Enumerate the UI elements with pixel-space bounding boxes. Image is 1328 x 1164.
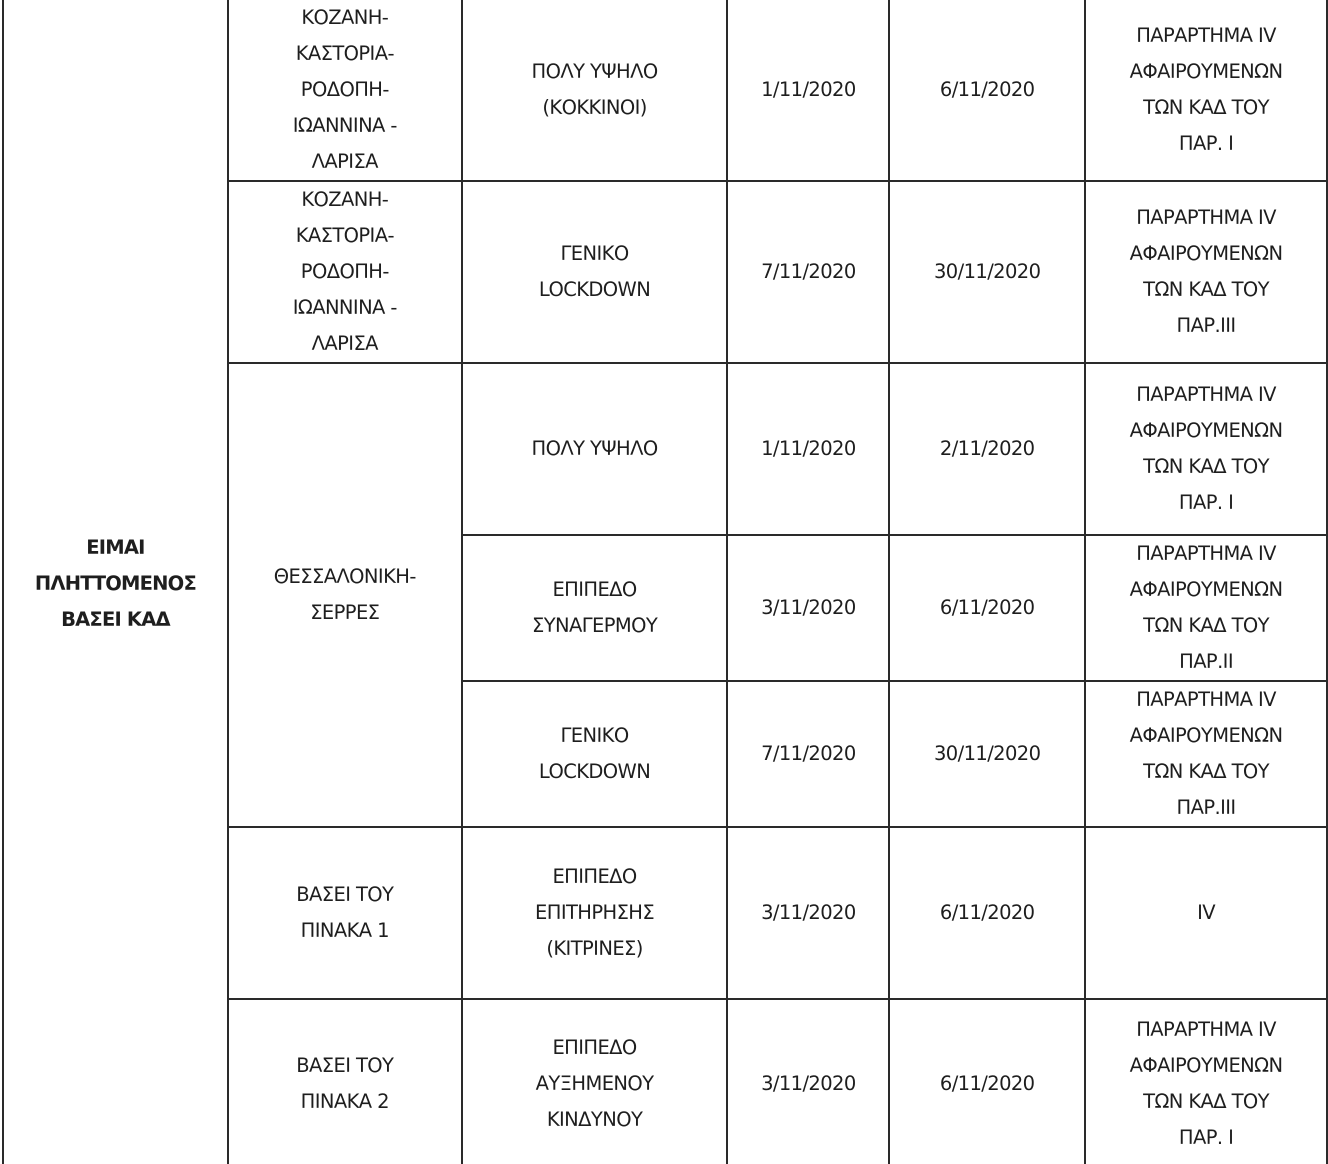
end-date-cell: 2/11/2020 (889, 363, 1085, 535)
region-line: ΚΟΖΑΝΗ- (233, 0, 457, 36)
level-line: (ΚΙΤΡΙΝΕΣ) (467, 931, 723, 967)
region-line: ΡΟΔΟΠΗ- (233, 254, 457, 290)
region-line: ΚΑΣΤΟΡΙΑ- (233, 218, 457, 254)
level-line: ΓΕΝΙΚΟ (467, 718, 723, 754)
table-body: ΕΙΜΑΙ ΠΛΗΤΤΟΜΕΝΟΣ ΒΑΣΕΙ ΚΑΔ ΚΟΖΑΝΗ- ΚΑΣΤ… (3, 0, 1327, 1164)
annex-line: ΠΑΡ. Ι (1090, 126, 1322, 162)
start-date-cell: 1/11/2020 (727, 0, 889, 181)
category-cell: ΕΙΜΑΙ ΠΛΗΤΤΟΜΕΝΟΣ ΒΑΣΕΙ ΚΑΔ (3, 0, 228, 1164)
region-line: ΙΩΑΝΝΙΝΑ - (233, 290, 457, 326)
level-cell: ΠΟΛΥ ΥΨΗΛΟ (462, 363, 728, 535)
annex-line: ΤΩΝ ΚΑΔ ΤΟΥ (1090, 1084, 1322, 1120)
annex-line: ΠΑΡΑΡΤΗΜΑ IV (1090, 200, 1322, 236)
annex-line: IV (1090, 895, 1322, 931)
annex-line: ΤΩΝ ΚΑΔ ΤΟΥ (1090, 272, 1322, 308)
annex-line: ΑΦΑΙΡΟΥΜΕΝΩΝ (1090, 718, 1322, 754)
region-cell: ΒΑΣΕΙ ΤΟΥ ΠΙΝΑΚΑ 1 (228, 827, 462, 999)
annex-cell: ΠΑΡΑΡΤΗΜΑ IV ΑΦΑΙΡΟΥΜΕΝΩΝ ΤΩΝ ΚΑΔ ΤΟΥ ΠΑ… (1085, 535, 1327, 681)
annex-line: ΑΦΑΙΡΟΥΜΕΝΩΝ (1090, 54, 1322, 90)
annex-line: ΑΦΑΙΡΟΥΜΕΝΩΝ (1090, 1048, 1322, 1084)
level-line: ΑΥΞΗΜΕΝΟΥ (467, 1066, 723, 1102)
start-date-cell: 3/11/2020 (727, 827, 889, 999)
annex-cell: ΠΑΡΑΡΤΗΜΑ IV ΑΦΑΙΡΟΥΜΕΝΩΝ ΤΩΝ ΚΑΔ ΤΟΥ ΠΑ… (1085, 681, 1327, 827)
annex-line: ΠΑΡ. Ι (1090, 485, 1322, 521)
end-date-cell: 30/11/2020 (889, 181, 1085, 363)
annex-cell: ΠΑΡΑΡΤΗΜΑ IV ΑΦΑΙΡΟΥΜΕΝΩΝ ΤΩΝ ΚΑΔ ΤΟΥ ΠΑ… (1085, 181, 1327, 363)
region-line: ΛΑΡΙΣΑ (233, 326, 457, 362)
annex-line: ΠΑΡ.ΙΙΙ (1090, 308, 1322, 344)
region-cell: ΚΟΖΑΝΗ- ΚΑΣΤΟΡΙΑ- ΡΟΔΟΠΗ- ΙΩΑΝΝΙΝΑ - ΛΑΡ… (228, 0, 462, 181)
annex-line: ΤΩΝ ΚΑΔ ΤΟΥ (1090, 608, 1322, 644)
annex-line: ΠΑΡΑΡΤΗΜΑ IV (1090, 682, 1322, 718)
annex-line: ΑΦΑΙΡΟΥΜΕΝΩΝ (1090, 413, 1322, 449)
level-cell: ΕΠΙΠΕΔΟ ΣΥΝΑΓΕΡΜΟΥ (462, 535, 728, 681)
annex-line: ΤΩΝ ΚΑΔ ΤΟΥ (1090, 754, 1322, 790)
annex-line: ΑΦΑΙΡΟΥΜΕΝΩΝ (1090, 236, 1322, 272)
end-date-cell: 6/11/2020 (889, 535, 1085, 681)
start-date-cell: 1/11/2020 (727, 363, 889, 535)
category-line: ΕΙΜΑΙ (8, 530, 223, 566)
table-row: ΕΙΜΑΙ ΠΛΗΤΤΟΜΕΝΟΣ ΒΑΣΕΙ ΚΑΔ ΚΟΖΑΝΗ- ΚΑΣΤ… (3, 0, 1327, 181)
level-cell: ΕΠΙΠΕΔΟ ΑΥΞΗΜΕΝΟΥ ΚΙΝΔΥΝΟΥ (462, 999, 728, 1164)
region-line: ΠΙΝΑΚΑ 2 (233, 1084, 457, 1120)
level-line: ΚΙΝΔΥΝΟΥ (467, 1102, 723, 1138)
region-line: ΒΑΣΕΙ ΤΟΥ (233, 877, 457, 913)
kad-restrictions-table: ΕΙΜΑΙ ΠΛΗΤΤΟΜΕΝΟΣ ΒΑΣΕΙ ΚΑΔ ΚΟΖΑΝΗ- ΚΑΣΤ… (2, 0, 1328, 1164)
region-cell: ΘΕΣΣΑΛΟΝΙΚΗ- ΣΕΡΡΕΣ (228, 363, 462, 827)
region-line: ΛΑΡΙΣΑ (233, 144, 457, 180)
level-line: LOCKDOWN (467, 272, 723, 308)
annex-line: ΠΑΡ. Ι (1090, 1120, 1322, 1156)
annex-line: ΠΑΡΑΡΤΗΜΑ IV (1090, 377, 1322, 413)
annex-line: ΤΩΝ ΚΑΔ ΤΟΥ (1090, 449, 1322, 485)
region-cell: ΚΟΖΑΝΗ- ΚΑΣΤΟΡΙΑ- ΡΟΔΟΠΗ- ΙΩΑΝΝΙΝΑ - ΛΑΡ… (228, 181, 462, 363)
region-line: ΡΟΔΟΠΗ- (233, 72, 457, 108)
level-line: ΠΟΛΥ ΥΨΗΛΟ (467, 54, 723, 90)
start-date-cell: 7/11/2020 (727, 181, 889, 363)
region-line: ΣΕΡΡΕΣ (233, 595, 457, 631)
end-date-cell: 30/11/2020 (889, 681, 1085, 827)
level-cell: ΓΕΝΙΚΟ LOCKDOWN (462, 681, 728, 827)
region-line: ΚΑΣΤΟΡΙΑ- (233, 36, 457, 72)
level-line: ΕΠΙΤΗΡΗΣΗΣ (467, 895, 723, 931)
category-line: ΠΛΗΤΤΟΜΕΝΟΣ (8, 566, 223, 602)
annex-line: ΠΑΡΑΡΤΗΜΑ IV (1090, 536, 1322, 572)
level-cell: ΕΠΙΠΕΔΟ ΕΠΙΤΗΡΗΣΗΣ (ΚΙΤΡΙΝΕΣ) (462, 827, 728, 999)
annex-cell: ΠΑΡΑΡΤΗΜΑ IV ΑΦΑΙΡΟΥΜΕΝΩΝ ΤΩΝ ΚΑΔ ΤΟΥ ΠΑ… (1085, 363, 1327, 535)
region-line: ΒΑΣΕΙ ΤΟΥ (233, 1048, 457, 1084)
level-line: ΕΠΙΠΕΔΟ (467, 1030, 723, 1066)
level-line: (ΚΟΚΚΙΝΟΙ) (467, 90, 723, 126)
level-cell: ΠΟΛΥ ΥΨΗΛΟ (ΚΟΚΚΙΝΟΙ) (462, 0, 728, 181)
region-line: ΚΟΖΑΝΗ- (233, 182, 457, 218)
annex-line: ΑΦΑΙΡΟΥΜΕΝΩΝ (1090, 572, 1322, 608)
end-date-cell: 6/11/2020 (889, 827, 1085, 999)
annex-line: ΠΑΡ.ΙΙ (1090, 644, 1322, 680)
start-date-cell: 3/11/2020 (727, 999, 889, 1164)
start-date-cell: 3/11/2020 (727, 535, 889, 681)
level-line: ΓΕΝΙΚΟ (467, 236, 723, 272)
annex-line: ΠΑΡΑΡΤΗΜΑ IV (1090, 1012, 1322, 1048)
region-line: ΠΙΝΑΚΑ 1 (233, 913, 457, 949)
region-line: ΘΕΣΣΑΛΟΝΙΚΗ- (233, 559, 457, 595)
annex-line: ΤΩΝ ΚΑΔ ΤΟΥ (1090, 90, 1322, 126)
category-line: ΒΑΣΕΙ ΚΑΔ (8, 602, 223, 638)
end-date-cell: 6/11/2020 (889, 0, 1085, 181)
annex-line: ΠΑΡ.ΙΙΙ (1090, 790, 1322, 826)
region-cell: ΒΑΣΕΙ ΤΟΥ ΠΙΝΑΚΑ 2 (228, 999, 462, 1164)
region-line: ΙΩΑΝΝΙΝΑ - (233, 108, 457, 144)
annex-cell: ΠΑΡΑΡΤΗΜΑ IV ΑΦΑΙΡΟΥΜΕΝΩΝ ΤΩΝ ΚΑΔ ΤΟΥ ΠΑ… (1085, 999, 1327, 1164)
annex-line: ΠΑΡΑΡΤΗΜΑ IV (1090, 18, 1322, 54)
level-line: ΠΟΛΥ ΥΨΗΛΟ (467, 431, 723, 467)
end-date-cell: 6/11/2020 (889, 999, 1085, 1164)
level-cell: ΓΕΝΙΚΟ LOCKDOWN (462, 181, 728, 363)
start-date-cell: 7/11/2020 (727, 681, 889, 827)
level-line: LOCKDOWN (467, 754, 723, 790)
level-line: ΣΥΝΑΓΕΡΜΟΥ (467, 608, 723, 644)
level-line: ΕΠΙΠΕΔΟ (467, 859, 723, 895)
annex-cell: IV (1085, 827, 1327, 999)
annex-cell: ΠΑΡΑΡΤΗΜΑ IV ΑΦΑΙΡΟΥΜΕΝΩΝ ΤΩΝ ΚΑΔ ΤΟΥ ΠΑ… (1085, 0, 1327, 181)
level-line: ΕΠΙΠΕΔΟ (467, 572, 723, 608)
